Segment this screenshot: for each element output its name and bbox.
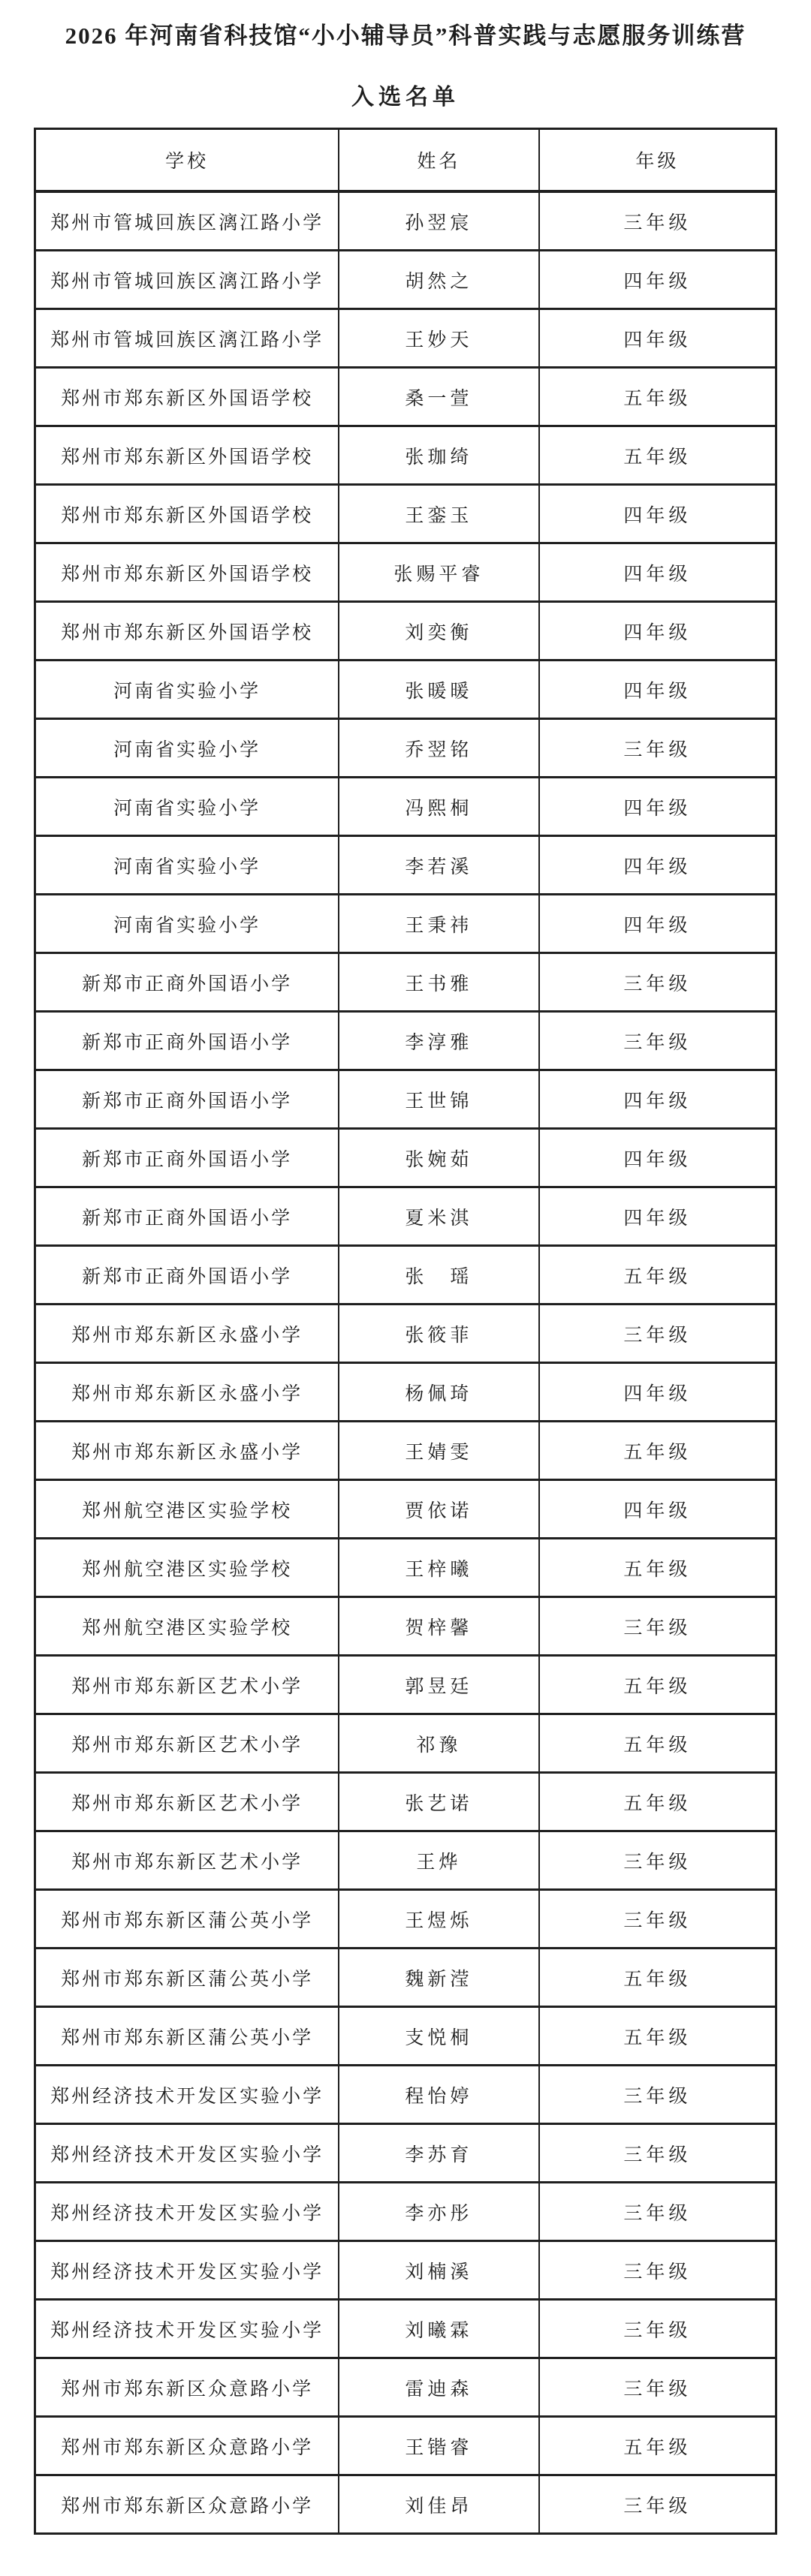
- table-row: 郑州经济技术开发区实验小学 程怡婷 三年级: [35, 2066, 776, 2124]
- table-row: 郑州市郑东新区蒲公英小学 魏新滢 五年级: [35, 1949, 776, 2007]
- name-cell: 张 瑶: [339, 1246, 538, 1305]
- name-cell: 张婉茹: [339, 1129, 538, 1187]
- name-cell: 王婧雯: [339, 1422, 538, 1480]
- name-cell: 郭昱廷: [339, 1656, 538, 1714]
- grade-cell: 三年级: [539, 2358, 776, 2417]
- school-cell: 郑州市郑东新区永盛小学: [35, 1422, 339, 1480]
- grade-cell: 五年级: [539, 1714, 776, 1773]
- document-subtitle: 入选名单: [0, 83, 811, 113]
- name-cell: 王秉祎: [339, 895, 538, 953]
- table-row: 郑州经济技术开发区实验小学 刘曦霖 三年级: [35, 2300, 776, 2358]
- table-row: 河南省实验小学 李若溪 四年级: [35, 836, 776, 895]
- table-row: 郑州市管城回族区漓江路小学 孙翌宸 三年级: [35, 191, 776, 251]
- name-cell: 冯熙桐: [339, 778, 538, 836]
- name-cell: 刘曦霖: [339, 2300, 538, 2358]
- header-row: 学校 姓名 年级: [35, 129, 776, 192]
- grade-cell: 五年级: [539, 1949, 776, 2007]
- name-cell: 王书雅: [339, 953, 538, 1012]
- grade-cell: 三年级: [539, 2066, 776, 2124]
- school-cell: 郑州经济技术开发区实验小学: [35, 2183, 339, 2241]
- school-cell: 郑州市郑东新区众意路小学: [35, 2358, 339, 2417]
- grade-cell: 四年级: [539, 1187, 776, 1246]
- name-cell: 李亦彤: [339, 2183, 538, 2241]
- table-row: 河南省实验小学 张暖暖 四年级: [35, 661, 776, 719]
- name-cell: 乔翌铭: [339, 719, 538, 778]
- school-cell: 郑州市郑东新区艺术小学: [35, 1714, 339, 1773]
- school-cell: 郑州市郑东新区外国语学校: [35, 426, 339, 485]
- grade-cell: 四年级: [539, 309, 776, 368]
- document-title: 2026 年河南省科技馆“小小辅导员”科普实践与志愿服务训练营: [21, 20, 790, 53]
- school-cell: 郑州市郑东新区永盛小学: [35, 1305, 339, 1363]
- grade-cell: 三年级: [539, 1305, 776, 1363]
- school-cell: 郑州市郑东新区外国语学校: [35, 485, 339, 543]
- school-cell: 郑州市郑东新区众意路小学: [35, 2417, 339, 2475]
- grade-cell: 三年级: [539, 2241, 776, 2300]
- table-row: 郑州市郑东新区众意路小学 王锴睿 五年级: [35, 2417, 776, 2475]
- school-cell: 郑州经济技术开发区实验小学: [35, 2124, 339, 2183]
- name-cell: 孙翌宸: [339, 191, 538, 251]
- grade-cell: 三年级: [539, 2183, 776, 2241]
- grade-cell: 三年级: [539, 1597, 776, 1656]
- table-row: 郑州市郑东新区永盛小学 张筱菲 三年级: [35, 1305, 776, 1363]
- grade-cell: 四年级: [539, 1129, 776, 1187]
- name-cell: 刘奕衡: [339, 602, 538, 661]
- name-cell: 李淳雅: [339, 1012, 538, 1070]
- table-row: 郑州市郑东新区众意路小学 雷迪森 三年级: [35, 2358, 776, 2417]
- table-row: 新郑市正商外国语小学 张婉茹 四年级: [35, 1129, 776, 1187]
- name-cell: 李苏育: [339, 2124, 538, 2183]
- table-row: 郑州市郑东新区蒲公英小学 王煜烁 三年级: [35, 1890, 776, 1949]
- school-cell: 郑州航空港区实验学校: [35, 1597, 339, 1656]
- school-cell: 新郑市正商外国语小学: [35, 1187, 339, 1246]
- table-row: 郑州市管城回族区漓江路小学 王妙天 四年级: [35, 309, 776, 368]
- document-page: { "page": { "background": "#ffffff", "te…: [0, 0, 811, 2576]
- name-cell: 王世锦: [339, 1070, 538, 1129]
- roster-table-body: 郑州市管城回族区漓江路小学 孙翌宸 三年级 郑州市管城回族区漓江路小学 胡然之 …: [35, 191, 776, 2534]
- table-row: 郑州航空港区实验学校 贺梓馨 三年级: [35, 1597, 776, 1656]
- school-cell: 河南省实验小学: [35, 661, 339, 719]
- grade-cell: 三年级: [539, 2475, 776, 2534]
- school-cell: 郑州市管城回族区漓江路小学: [35, 309, 339, 368]
- name-cell: 张暖暖: [339, 661, 538, 719]
- grade-cell: 三年级: [539, 191, 776, 251]
- column-header-name: 姓名: [339, 129, 538, 192]
- school-cell: 郑州市管城回族区漓江路小学: [35, 251, 339, 309]
- grade-cell: 四年级: [539, 485, 776, 543]
- name-cell: 张筱菲: [339, 1305, 538, 1363]
- column-header-school: 学校: [35, 129, 339, 192]
- grade-cell: 五年级: [539, 1656, 776, 1714]
- table-row: 郑州经济技术开发区实验小学 刘楠溪 三年级: [35, 2241, 776, 2300]
- table-row: 郑州市郑东新区艺术小学 郭昱廷 五年级: [35, 1656, 776, 1714]
- school-cell: 郑州市郑东新区艺术小学: [35, 1831, 339, 1890]
- table-row: 郑州市郑东新区蒲公英小学 支悦桐 五年级: [35, 2007, 776, 2066]
- table-row: 郑州市郑东新区外国语学校 王銮玉 四年级: [35, 485, 776, 543]
- table-row: 郑州市郑东新区外国语学校 张珈绮 五年级: [35, 426, 776, 485]
- table-row: 郑州市郑东新区外国语学校 桑一萱 五年级: [35, 368, 776, 426]
- name-cell: 杨佩琦: [339, 1363, 538, 1422]
- name-cell: 魏新滢: [339, 1949, 538, 2007]
- school-cell: 郑州市郑东新区艺术小学: [35, 1656, 339, 1714]
- school-cell: 郑州经济技术开发区实验小学: [35, 2300, 339, 2358]
- grade-cell: 三年级: [539, 2124, 776, 2183]
- grade-cell: 三年级: [539, 1890, 776, 1949]
- name-cell: 雷迪森: [339, 2358, 538, 2417]
- table-row: 河南省实验小学 乔翌铭 三年级: [35, 719, 776, 778]
- table-row: 郑州市郑东新区艺术小学 张艺诺 五年级: [35, 1773, 776, 1831]
- name-cell: 王烨: [339, 1831, 538, 1890]
- school-cell: 河南省实验小学: [35, 836, 339, 895]
- grade-cell: 五年级: [539, 1246, 776, 1305]
- school-cell: 郑州市郑东新区众意路小学: [35, 2475, 339, 2534]
- grade-cell: 四年级: [539, 661, 776, 719]
- grade-cell: 五年级: [539, 1773, 776, 1831]
- name-cell: 祁豫: [339, 1714, 538, 1773]
- grade-cell: 四年级: [539, 602, 776, 661]
- name-cell: 夏米淇: [339, 1187, 538, 1246]
- roster-table-header: 学校 姓名 年级: [35, 129, 776, 192]
- roster-table: 学校 姓名 年级 郑州市管城回族区漓江路小学 孙翌宸 三年级 郑州市管城回族区漓…: [34, 128, 777, 2535]
- table-row: 新郑市正商外国语小学 王世锦 四年级: [35, 1070, 776, 1129]
- name-cell: 贾依诺: [339, 1480, 538, 1539]
- table-row: 郑州市郑东新区外国语学校 刘奕衡 四年级: [35, 602, 776, 661]
- grade-cell: 五年级: [539, 1539, 776, 1597]
- grade-cell: 四年级: [539, 836, 776, 895]
- grade-cell: 五年级: [539, 2417, 776, 2475]
- name-cell: 张赐平睿: [339, 543, 538, 602]
- table-row: 新郑市正商外国语小学 王书雅 三年级: [35, 953, 776, 1012]
- name-cell: 王銮玉: [339, 485, 538, 543]
- table-row: 郑州市郑东新区艺术小学 王烨 三年级: [35, 1831, 776, 1890]
- school-cell: 郑州市郑东新区艺术小学: [35, 1773, 339, 1831]
- school-cell: 郑州市郑东新区蒲公英小学: [35, 1949, 339, 2007]
- name-cell: 贺梓馨: [339, 1597, 538, 1656]
- table-row: 新郑市正商外国语小学 李淳雅 三年级: [35, 1012, 776, 1070]
- school-cell: 郑州市郑东新区蒲公英小学: [35, 1890, 339, 1949]
- name-cell: 王妙天: [339, 309, 538, 368]
- grade-cell: 三年级: [539, 2300, 776, 2358]
- table-row: 郑州市郑东新区永盛小学 王婧雯 五年级: [35, 1422, 776, 1480]
- grade-cell: 三年级: [539, 1831, 776, 1890]
- name-cell: 王锴睿: [339, 2417, 538, 2475]
- school-cell: 新郑市正商外国语小学: [35, 1012, 339, 1070]
- table-row: 郑州航空港区实验学校 王梓曦 五年级: [35, 1539, 776, 1597]
- name-cell: 刘楠溪: [339, 2241, 538, 2300]
- table-row: 郑州市郑东新区艺术小学 祁豫 五年级: [35, 1714, 776, 1773]
- name-cell: 王梓曦: [339, 1539, 538, 1597]
- name-cell: 刘佳昂: [339, 2475, 538, 2534]
- school-cell: 新郑市正商外国语小学: [35, 953, 339, 1012]
- school-cell: 郑州市郑东新区外国语学校: [35, 602, 339, 661]
- school-cell: 郑州市郑东新区外国语学校: [35, 368, 339, 426]
- school-cell: 郑州经济技术开发区实验小学: [35, 2066, 339, 2124]
- table-row: 郑州市郑东新区永盛小学 杨佩琦 四年级: [35, 1363, 776, 1422]
- school-cell: 郑州航空港区实验学校: [35, 1539, 339, 1597]
- name-cell: 胡然之: [339, 251, 538, 309]
- grade-cell: 五年级: [539, 1422, 776, 1480]
- school-cell: 郑州市郑东新区蒲公英小学: [35, 2007, 339, 2066]
- table-row: 郑州市管城回族区漓江路小学 胡然之 四年级: [35, 251, 776, 309]
- name-cell: 李若溪: [339, 836, 538, 895]
- table-row: 河南省实验小学 冯熙桐 四年级: [35, 778, 776, 836]
- table-row: 郑州经济技术开发区实验小学 李苏育 三年级: [35, 2124, 776, 2183]
- grade-cell: 三年级: [539, 953, 776, 1012]
- name-cell: 张艺诺: [339, 1773, 538, 1831]
- document-header: 2026 年河南省科技馆“小小辅导员”科普实践与志愿服务训练营 入选名单: [0, 20, 811, 113]
- school-cell: 河南省实验小学: [35, 719, 339, 778]
- name-cell: 桑一萱: [339, 368, 538, 426]
- table-row: 新郑市正商外国语小学 夏米淇 四年级: [35, 1187, 776, 1246]
- school-cell: 新郑市正商外国语小学: [35, 1246, 339, 1305]
- school-cell: 郑州市郑东新区永盛小学: [35, 1363, 339, 1422]
- table-row: 郑州市郑东新区众意路小学 刘佳昂 三年级: [35, 2475, 776, 2534]
- school-cell: 新郑市正商外国语小学: [35, 1129, 339, 1187]
- grade-cell: 五年级: [539, 426, 776, 485]
- school-cell: 郑州市郑东新区外国语学校: [35, 543, 339, 602]
- grade-cell: 四年级: [539, 543, 776, 602]
- grade-cell: 五年级: [539, 368, 776, 426]
- table-row: 河南省实验小学 王秉祎 四年级: [35, 895, 776, 953]
- grade-cell: 四年级: [539, 1363, 776, 1422]
- school-cell: 郑州经济技术开发区实验小学: [35, 2241, 339, 2300]
- grade-cell: 三年级: [539, 719, 776, 778]
- grade-cell: 三年级: [539, 1012, 776, 1070]
- name-cell: 王煜烁: [339, 1890, 538, 1949]
- school-cell: 河南省实验小学: [35, 778, 339, 836]
- grade-cell: 四年级: [539, 1070, 776, 1129]
- grade-cell: 四年级: [539, 895, 776, 953]
- grade-cell: 四年级: [539, 1480, 776, 1539]
- table-row: 郑州市郑东新区外国语学校 张赐平睿 四年级: [35, 543, 776, 602]
- grade-cell: 四年级: [539, 251, 776, 309]
- name-cell: 程怡婷: [339, 2066, 538, 2124]
- name-cell: 张珈绮: [339, 426, 538, 485]
- grade-cell: 五年级: [539, 2007, 776, 2066]
- school-cell: 新郑市正商外国语小学: [35, 1070, 339, 1129]
- name-cell: 支悦桐: [339, 2007, 538, 2066]
- grade-cell: 四年级: [539, 778, 776, 836]
- school-cell: 郑州航空港区实验学校: [35, 1480, 339, 1539]
- table-row: 郑州航空港区实验学校 贾依诺 四年级: [35, 1480, 776, 1539]
- column-header-grade: 年级: [539, 129, 776, 192]
- table-row: 郑州经济技术开发区实验小学 李亦彤 三年级: [35, 2183, 776, 2241]
- school-cell: 郑州市管城回族区漓江路小学: [35, 191, 339, 251]
- school-cell: 河南省实验小学: [35, 895, 339, 953]
- table-row: 新郑市正商外国语小学 张 瑶 五年级: [35, 1246, 776, 1305]
